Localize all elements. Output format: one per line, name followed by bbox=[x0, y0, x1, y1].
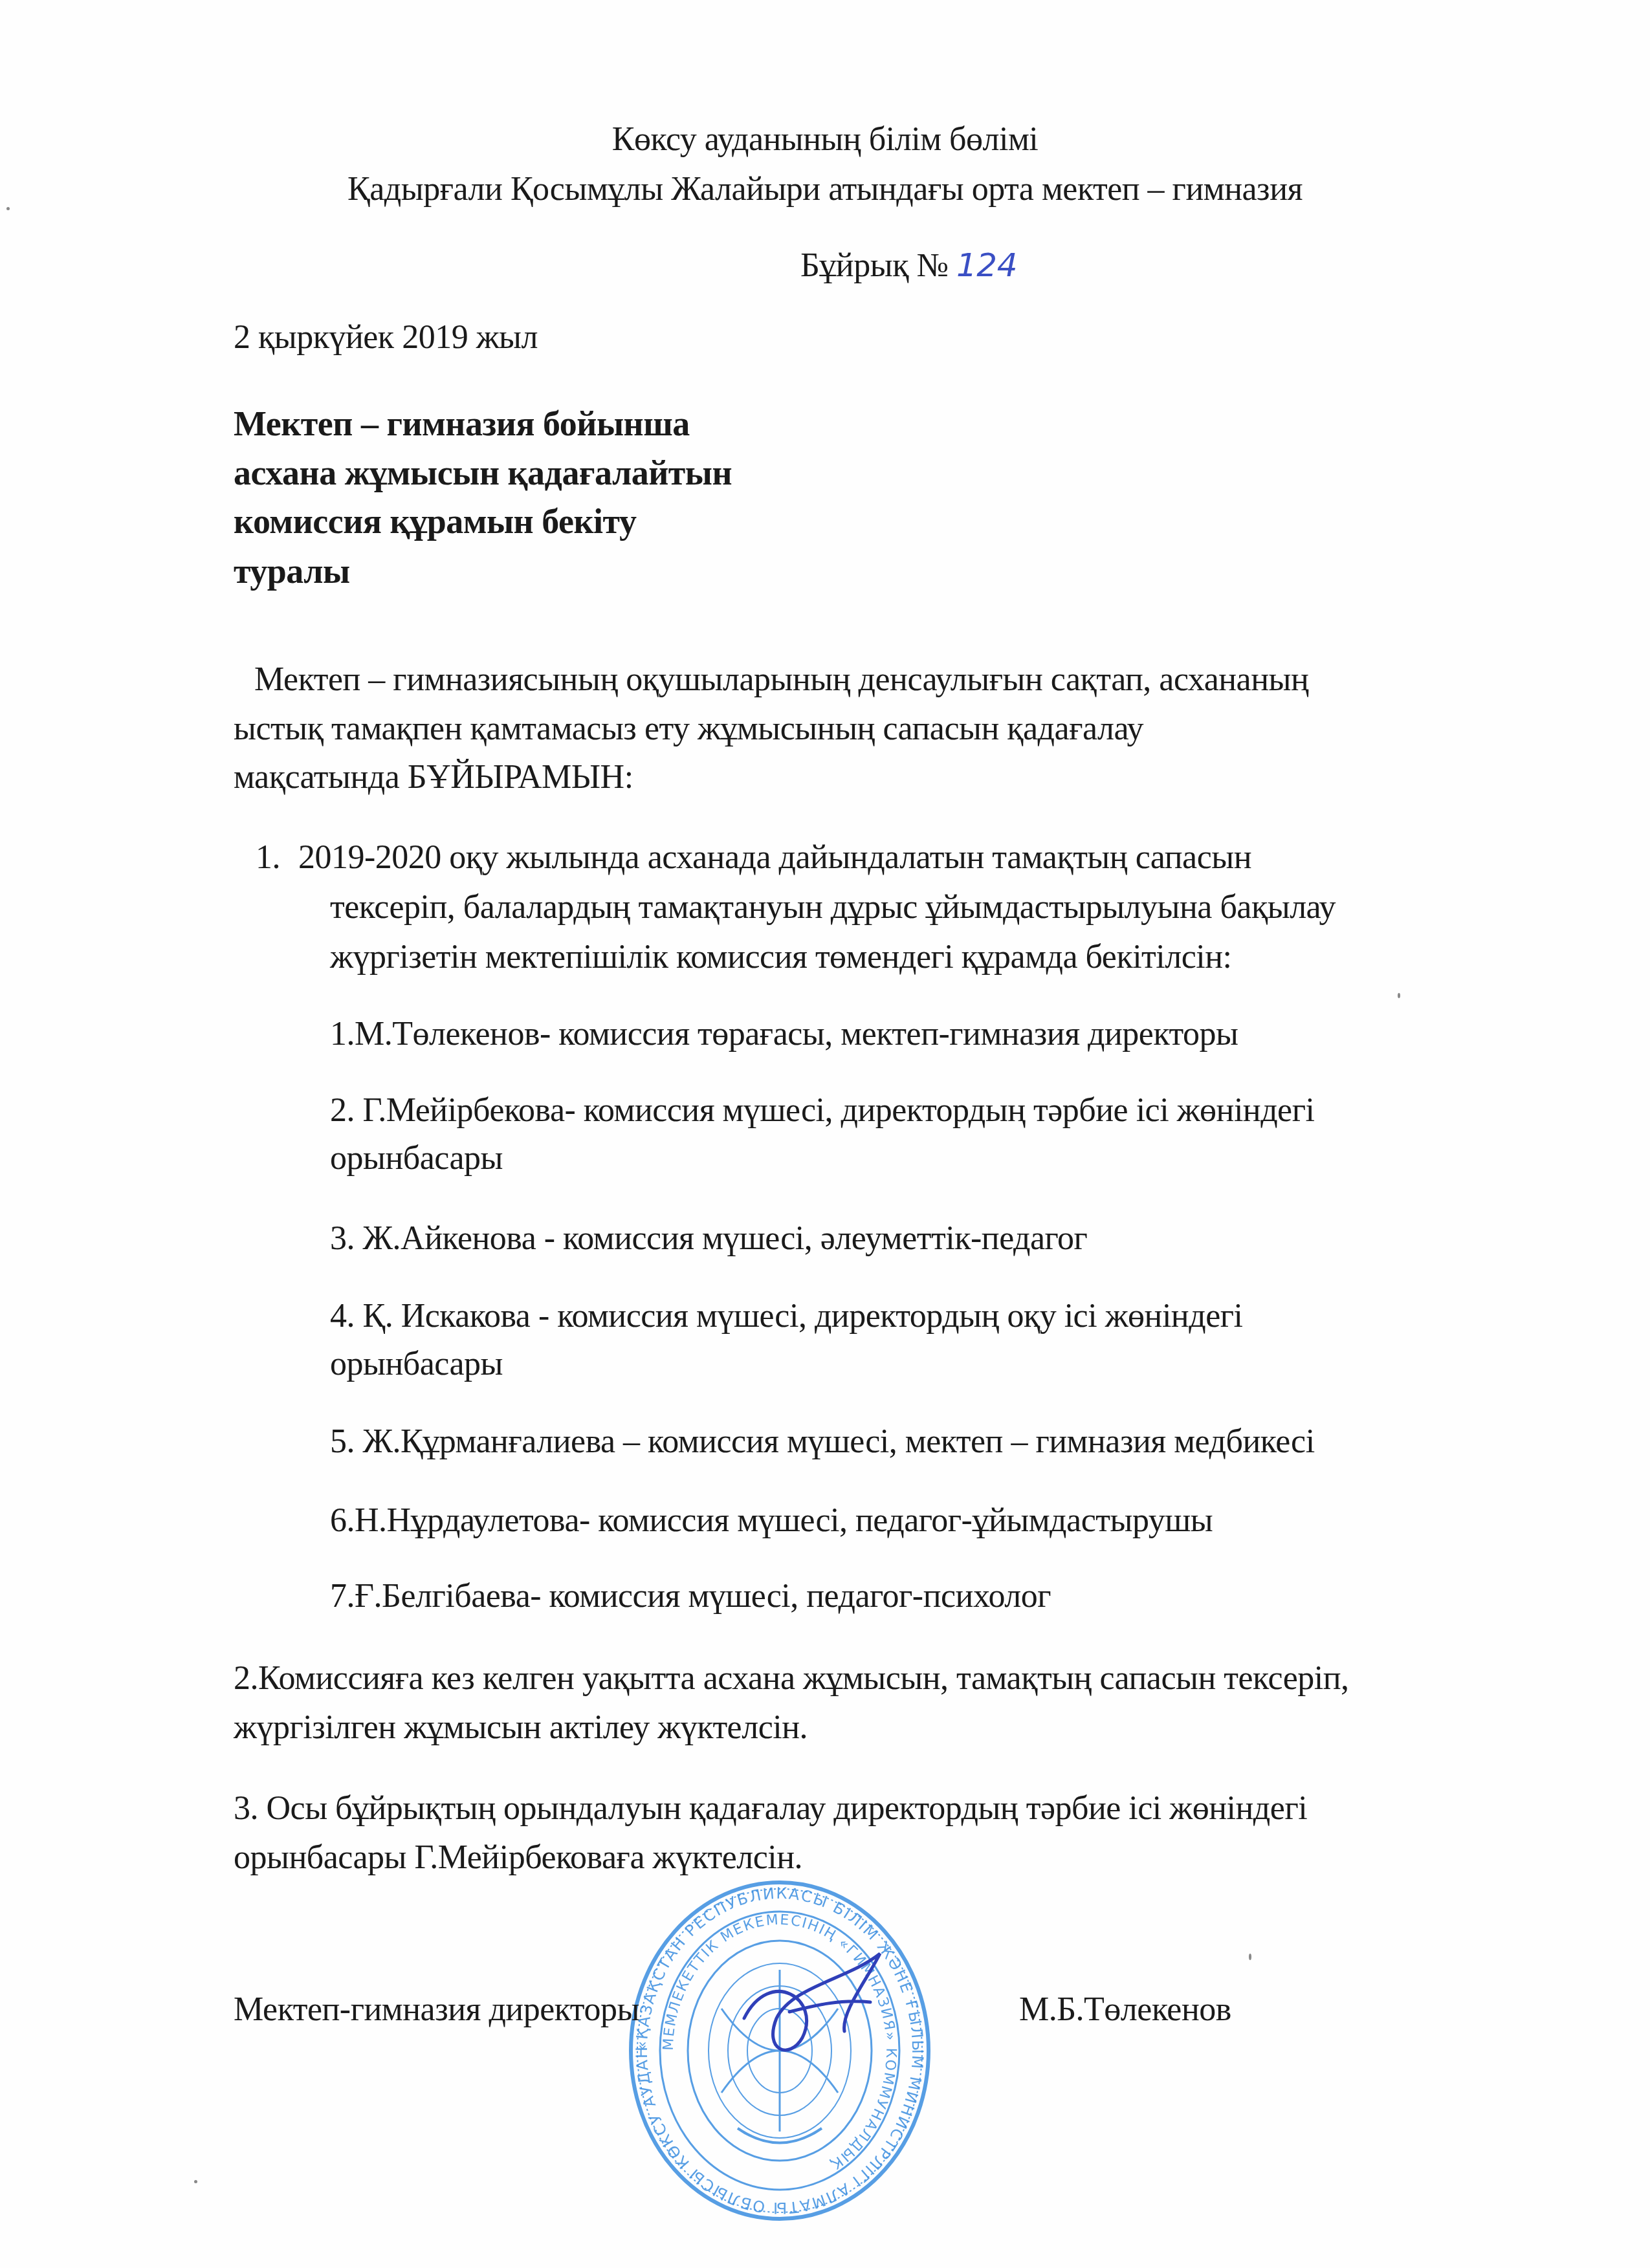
title-line-4: туралы bbox=[234, 554, 350, 589]
member-4-line-1: 4. Қ. Искакова - комиссия мүшесі, директ… bbox=[330, 1300, 1242, 1333]
item-1-line-2: тексеріп, балалардың тамақтануын дұрыс ұ… bbox=[330, 891, 1336, 924]
preamble-line-1: Мектеп – гимназиясының оқушыларының денс… bbox=[254, 663, 1308, 697]
member-5: 5. Ж.Құрманғалиева – комиссия мүшесі, ме… bbox=[330, 1425, 1315, 1459]
item-2-line-2: жүргізілген жұмысын актілеу жүктелсін. bbox=[234, 1711, 808, 1745]
title-line-3: комиссия құрамын бекіту bbox=[234, 504, 636, 539]
title-line-2: асхана жұмысын қадағалайтын bbox=[234, 455, 732, 490]
member-2-line-2: орынбасары bbox=[330, 1142, 503, 1175]
member-4-line-2: орынбасары bbox=[330, 1347, 503, 1381]
order-label: Бұйрық № bbox=[800, 247, 949, 284]
item-2-line-1: 2.Комиссияға кез келген уақытта асхана ж… bbox=[234, 1662, 1349, 1696]
member-7: 7.Ғ.Белгібаева- комиссия мүшесі, педагог… bbox=[330, 1580, 1051, 1613]
preamble-line-3: мақсатында БҰЙЫРАМЫН: bbox=[234, 761, 633, 794]
order-date: 2 қыркүйек 2019 жыл bbox=[234, 321, 538, 354]
member-1: 1.М.Төлекенов- комиссия төрағасы, мектеп… bbox=[330, 1018, 1238, 1051]
scan-speck bbox=[6, 207, 10, 210]
item-3-line-1: 3. Осы бұйрықтың орындалуын қадағалау ди… bbox=[234, 1792, 1307, 1826]
item-1-line-1: 2019-2020 оқу жылында асханада дайындала… bbox=[298, 841, 1251, 875]
item-3-line-2: орынбасары Г.Мейірбековаға жүктелсін. bbox=[234, 1841, 802, 1875]
order-number-handwritten: 124 bbox=[956, 246, 1017, 284]
signatory-name: М.Б.Төлекенов bbox=[1019, 1993, 1231, 2027]
item-1-number: 1. bbox=[256, 841, 280, 875]
member-6: 6.Н.Нұрдаулетова- комиссия мүшесі, педаг… bbox=[330, 1504, 1213, 1538]
member-2-line-1: 2. Г.Мейірбекова- комиссия мүшесі, дирек… bbox=[330, 1094, 1314, 1128]
handwritten-signature-icon bbox=[731, 1941, 899, 2064]
school-heading: Қадырғали Қосымұлы Жалайыри атындағы орт… bbox=[0, 173, 1650, 206]
scan-speck bbox=[1398, 993, 1400, 998]
document-page: Көксу ауданының білім бөлімі Қадырғали Қ… bbox=[0, 0, 1650, 2268]
title-line-1: Мектеп – гимназия бойынша bbox=[234, 406, 690, 441]
item-1-line-3: жүргізетін мектепішілік комиссия төменде… bbox=[330, 941, 1232, 974]
scan-speck bbox=[194, 2180, 197, 2183]
order-number-line: Бұйрық № 124 bbox=[800, 249, 1017, 283]
department-heading: Көксу ауданының білім бөлімі bbox=[0, 123, 1650, 157]
member-3: 3. Ж.Айкенова - комиссия мүшесі, әлеумет… bbox=[330, 1222, 1087, 1256]
scan-speck bbox=[1249, 1954, 1251, 1960]
preamble-line-2: ыстық тамақпен қамтамасыз ету жұмысының … bbox=[234, 712, 1143, 746]
signatory-position: Мектеп-гимназия директоры bbox=[234, 1993, 639, 2027]
